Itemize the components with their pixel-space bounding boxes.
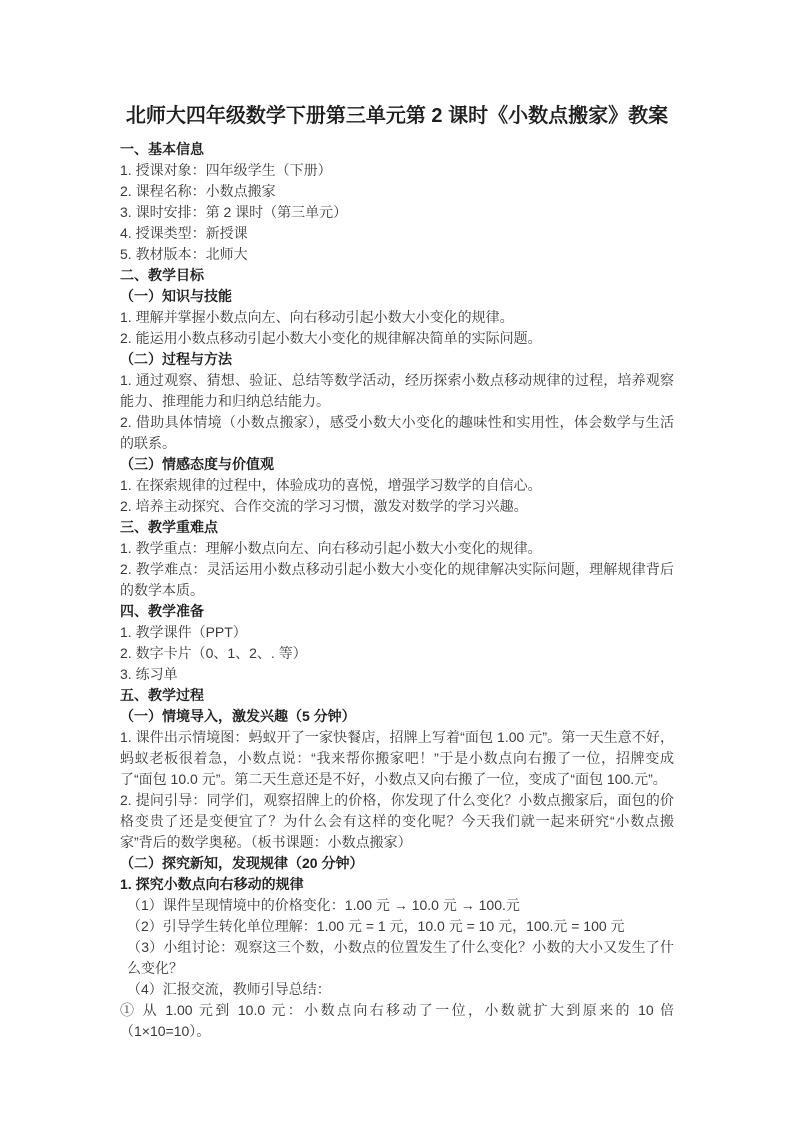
doc-heading: （一）情境导入，激发兴趣（5 分钟）: [120, 706, 674, 727]
doc-paragraph: 5. 教材版本：北师大: [120, 244, 674, 265]
doc-paragraph: 1. 理解并掌握小数点向左、向右移动引起小数大小变化的规律。: [120, 307, 674, 328]
doc-heading: 四、教学准备: [120, 601, 674, 622]
doc-heading: （三）情感态度与价值观: [120, 454, 674, 475]
doc-paragraph: 1. 在探索规律的过程中，体验成功的喜悦，增强学习数学的自信心。: [120, 475, 674, 496]
doc-paragraph: 2. 培养主动探究、合作交流的学习习惯，激发对数学的学习兴趣。: [120, 496, 674, 517]
doc-paragraph: 1. 授课对象：四年级学生（下册）: [120, 160, 674, 181]
doc-paragraph: 2. 课程名称：小数点搬家: [120, 181, 674, 202]
doc-paragraph: 2. 教学难点：灵活运用小数点移动引起小数大小变化的规律解决实际问题，理解规律背…: [120, 559, 674, 601]
document-page: 北师大四年级数学下册第三单元第 2 课时《小数点搬家》教案 一、基本信息1. 授…: [0, 0, 794, 1123]
doc-paragraph: 1. 教学课件（PPT）: [120, 622, 674, 643]
doc-paragraph: 1. 教学重点：理解小数点向左、向右移动引起小数大小变化的规律。: [120, 538, 674, 559]
document-body: 一、基本信息1. 授课对象：四年级学生（下册）2. 课程名称：小数点搬家3. 课…: [120, 139, 674, 1042]
doc-paragraph: 1. 通过观察、猜想、验证、总结等数学活动，经历探索小数点移动规律的过程，培养观…: [120, 370, 674, 412]
doc-paragraph: （4）汇报交流，教师引导总结：: [120, 979, 674, 1000]
doc-heading: 二、教学目标: [120, 265, 674, 286]
doc-paragraph: 2. 提问引导：同学们，观察招牌上的价格，你发现了什么变化？小数点搬家后，面包的…: [120, 790, 674, 853]
doc-heading: （二）过程与方法: [120, 349, 674, 370]
doc-heading: （二）探究新知，发现规律（20 分钟）: [120, 853, 674, 874]
doc-heading: 1. 探究小数点向右移动的规律: [120, 874, 674, 895]
document-title: 北师大四年级数学下册第三单元第 2 课时《小数点搬家》教案: [120, 103, 674, 130]
doc-heading: 五、教学过程: [120, 685, 674, 706]
doc-paragraph: 2. 数字卡片（0、1、2、. 等）: [120, 643, 674, 664]
doc-heading: 一、基本信息: [120, 139, 674, 160]
doc-paragraph: （2）引导学生转化单位理解：1.00 元 = 1 元，10.0 元 = 10 元…: [120, 916, 674, 937]
doc-paragraph: 2. 借助具体情境（小数点搬家），感受小数大小变化的趣味性和实用性，体会数学与生…: [120, 412, 674, 454]
doc-paragraph: （3）小组讨论：观察这三个数，小数点的位置发生了什么变化？小数的大小又发生了什么…: [120, 937, 674, 979]
doc-paragraph: 3. 练习单: [120, 664, 674, 685]
doc-paragraph: ① 从 1.00 元到 10.0 元：小数点向右移动了一位，小数就扩大到原来的 …: [120, 1000, 674, 1042]
doc-paragraph: 4. 授课类型：新授课: [120, 223, 674, 244]
doc-paragraph: 2. 能运用小数点移动引起小数大小变化的规律解决简单的实际问题。: [120, 328, 674, 349]
doc-heading: （一）知识与技能: [120, 286, 674, 307]
doc-heading: 三、教学重难点: [120, 517, 674, 538]
doc-paragraph: （1）课件呈现情境中的价格变化：1.00 元 → 10.0 元 → 100.元: [120, 895, 674, 916]
doc-paragraph: 3. 课时安排：第 2 课时（第三单元）: [120, 202, 674, 223]
doc-paragraph: 1. 课件出示情境图：蚂蚁开了一家快餐店，招牌上写着“面包 1.00 元”。第一…: [120, 727, 674, 790]
